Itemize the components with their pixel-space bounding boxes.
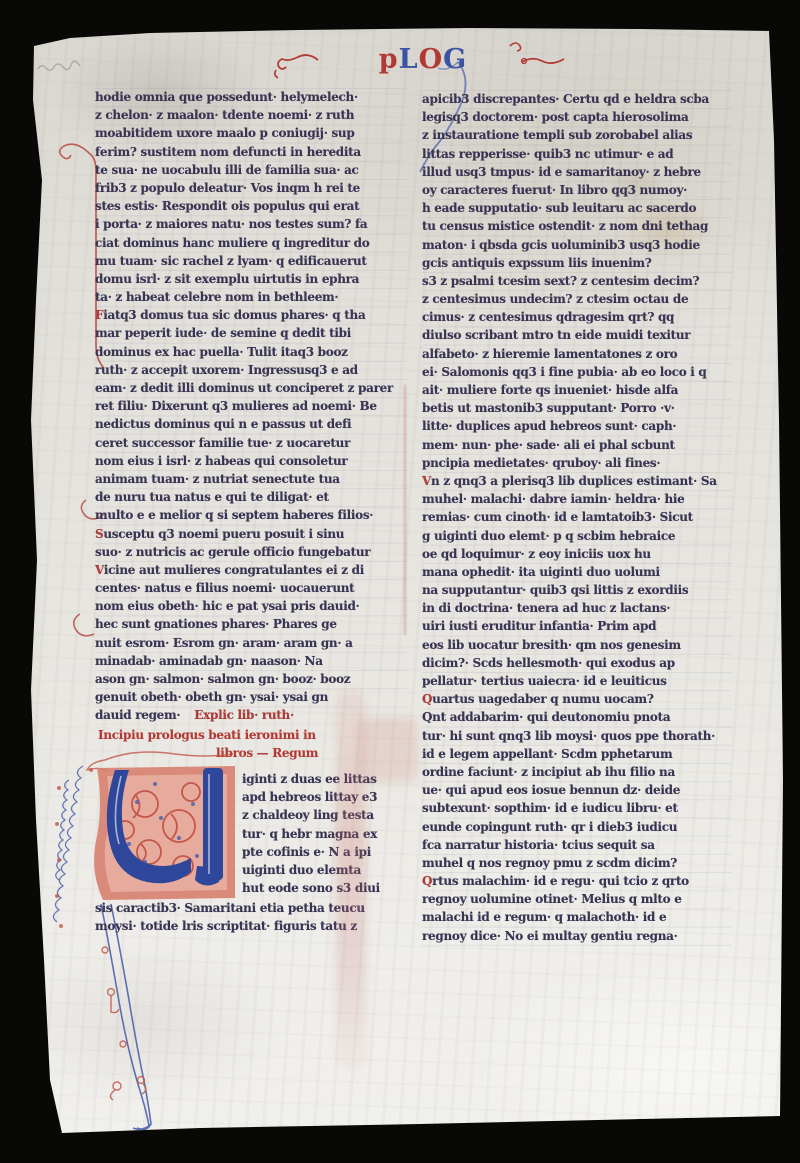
manuscript-line: Vicine aut mulieres congratulantes ei z …: [95, 561, 407, 579]
text-column-right: apicib3 discrepantes· Certu qd e heldra …: [422, 90, 732, 946]
manuscript-photo: { "meta": { "description": "Photograph o…: [0, 0, 800, 1163]
manuscript-line: hut eode sono s3 diui: [242, 879, 408, 897]
manuscript-line: i porta· z maiores natu· nos testes sum?…: [95, 215, 407, 233]
manuscript-line: uiginti duo elemta: [242, 861, 408, 879]
manuscript-line: ue· qui apud eos iosue bennun dz· deide: [422, 781, 732, 799]
manuscript-line: ait· muliere forte qs inueniet· hisde al…: [422, 381, 732, 399]
manuscript-line: eos lib uocatur bresith· qm nos genesim: [422, 636, 732, 654]
manuscript-line: tur· hi sunt qnq3 lib moysi· quos ppe th…: [422, 727, 732, 745]
manuscript-line: dominus ex hac puella· Tulit itaq3 booz: [95, 343, 407, 361]
manuscript-line: z chelon· z maalon· tdente noemi· z ruth: [95, 106, 407, 124]
manuscript-line: alfabeto· z hieremie lamentatones z oro: [422, 345, 732, 363]
verso-showthrough-rubric: [358, 718, 418, 782]
manuscript-line: hodie omnia que possedunt· helymelech·: [95, 88, 407, 106]
header-left-flourish-icon: [272, 46, 320, 82]
verso-bleed-line: [404, 385, 406, 635]
manuscript-line: ta· z habeat celebre nom in bethleem·: [95, 288, 407, 306]
manuscript-line: ciat dominus hanc muliere q ingreditur d…: [95, 234, 407, 252]
manuscript-line: ei· Salomonis qq3 i fine pubia· ab eo lo…: [422, 363, 732, 381]
manuscript-line: Fiatq3 domus tua sic domus phares· q tha: [95, 306, 407, 324]
manuscript-line: centes· natus e filius noemi· uocauerunt: [95, 579, 407, 597]
header-right-flourish-icon: [508, 40, 568, 74]
manuscript-line: mar peperit iude· de semine q dedit tibi: [95, 324, 407, 342]
manuscript-line: suo· z nutricis ac gerule officio fungeb…: [95, 543, 407, 561]
manuscript-line: littas repperisse· quib3 nc utimur· e ad: [422, 145, 732, 163]
text-beside-initial: iginti z duas ee littasapd hebreos litta…: [242, 770, 408, 897]
manuscript-line: stes estis· Respondit ois populus qui er…: [95, 197, 407, 215]
manuscript-line: illud usq3 tmpus· id e samaritanoy· z he…: [422, 163, 732, 181]
manuscript-line: pellatur· tertius uaiecra· id e leuiticu…: [422, 672, 732, 690]
text-column-left: hodie omnia que possedunt· helymelech·z …: [95, 88, 407, 725]
manuscript-line: subtexunt· sopthim· id e iudicu libru· e…: [422, 799, 732, 817]
manuscript-line: muhel q nos regnoy pmu z scdm dicim?: [422, 854, 732, 872]
manuscript-line: pte cofinis e· N a ipi: [242, 843, 408, 861]
manuscript-line: malachi id e regum· q malachoth· id e: [422, 908, 732, 926]
manuscript-line: betis ut mastonib3 supputant· Porro ·v·: [422, 399, 732, 417]
manuscript-line: domu isrl· z sit exemplu uirtutis in eph…: [95, 270, 407, 288]
manuscript-line: ordine faciunt· z incipiut ab ihu filio …: [422, 763, 732, 781]
manuscript-line: multo e e melior q si septem haberes fil…: [95, 506, 407, 524]
manuscript-line: ruth· z accepit uxorem· Ingressusq3 e ad: [95, 361, 407, 379]
manuscript-line: z chaldeoy ling testa: [242, 806, 408, 824]
manuscript-line: oe qd loquimur· z eoy iniciis uox hu: [422, 545, 732, 563]
manuscript-line: apd hebreos littay e3: [242, 788, 408, 806]
manuscript-line: dicim?· Scds hellesmoth· qui exodus ap: [422, 654, 732, 672]
manuscript-line: ret filiu· Dixerunt q3 mulieres ad noemi…: [95, 397, 407, 415]
manuscript-line: na supputantur· quib3 qsi littis z exord…: [422, 581, 732, 599]
manuscript-line: s3 z psalmi tcesim sext? z centesim deci…: [422, 272, 732, 290]
manuscript-line: animam tuam· z nutriat senectute tua: [95, 470, 407, 488]
manuscript-line: apicib3 discrepantes· Certu qd e heldra …: [422, 90, 732, 108]
manuscript-line: diulso scribant mtro tn eide muidi texit…: [422, 326, 732, 344]
manuscript-line: pncipia medietates· qruboy· ali fines·: [422, 454, 732, 472]
manuscript-line: in di doctrina· tenera ad huc z lactans·: [422, 599, 732, 617]
manuscript-line: tur· q hebr magna ex: [242, 825, 408, 843]
manuscript-line: eunde copingunt ruth· qr i dieb3 iudicu: [422, 818, 732, 836]
manuscript-line: maton· i qbsda gcis uoluminib3 usq3 hodi…: [422, 236, 732, 254]
manuscript-line: Susceptu q3 noemi pueru posuit i sinu: [95, 525, 407, 543]
manuscript-line: litte· duplices apud hebreos sunt· caph·: [422, 417, 732, 435]
manuscript-line: id e legem appellant· Scdm pphetarum: [422, 745, 732, 763]
manuscript-line: ferim? sustitem nom defuncti in heredita: [95, 143, 407, 161]
manuscript-line: g uiginti duo elemt· p q scbim hebraice: [422, 527, 732, 545]
manuscript-line: z instauratione templi sub zorobabel ali…: [422, 126, 732, 144]
manuscript-line: nuit esrom· Esrom gn· aram· aram gn· a: [95, 634, 407, 652]
manuscript-line: nom eius obeth· hic e pat ysai pris daui…: [95, 597, 407, 615]
manuscript-line: mu tuam· sic rachel z lyam· q edificauer…: [95, 252, 407, 270]
manuscript-line: mem· nun· phe· sade· ali ei phal scbunt: [422, 436, 732, 454]
manuscript-line: cimus· z centesimus qdragesim qrt? qq: [422, 308, 732, 326]
manuscript-line: te sua· ne uocabulu illi de familia sua·…: [95, 161, 407, 179]
manuscript-line: Vn z qnq3 a plerisq3 lib duplices estima…: [422, 472, 732, 490]
manuscript-line: ceret successor familie tue· z uocaretur: [95, 434, 407, 452]
manuscript-line: regnoy uolumine otinet· Melius q mlto e: [422, 890, 732, 908]
manuscript-line: h eade supputatio· sub leuitaru ac sacer…: [422, 199, 732, 217]
manuscript-line: muhel· malachi· dabre iamin· heldra· hie: [422, 490, 732, 508]
manuscript-line: remias· cum cinoth· id e lamtatoib3· Sic…: [422, 508, 732, 526]
manuscript-line: eam· z dedit illi dominus ut conciperet …: [95, 379, 407, 397]
manuscript-line: frib3 z populo deleatur· Vos inqm h rei …: [95, 179, 407, 197]
manuscript-line: uiri iusti eruditur infantia· Prim apd: [422, 617, 732, 635]
manuscript-line: fca narratur historia· tcius sequit sa: [422, 836, 732, 854]
manuscript-line: regnoy dice· No ei multay gentiu regna·: [422, 927, 732, 945]
manuscript-line: hec sunt gnationes phares· Phares ge: [95, 615, 407, 633]
manuscript-line: minadab· aminadab gn· naason· Na: [95, 652, 407, 670]
manuscript-line: Qnt addabarim· qui deutonomiu pnota: [422, 708, 732, 726]
manuscript-line: Quartus uagedaber q numu uocam?: [422, 690, 732, 708]
manuscript-line: ason gn· salmon· salmon gn· booz· booz: [95, 670, 407, 688]
manuscript-line: Qrtus malachim· id e regu· qui tcio z qr…: [422, 872, 732, 890]
manuscript-line: nom eius i isrl· z habeas qui consoletur: [95, 452, 407, 470]
edge-scribble: [36, 58, 82, 76]
manuscript-line: de nuru tua natus e qui te diligat· et: [95, 488, 407, 506]
manuscript-line: mana ophedit· ita uiginti duo uolumi: [422, 563, 732, 581]
manuscript-line: legisq3 doctorem· post capta hierosolima: [422, 108, 732, 126]
manuscript-line: gcis antiquis expssum liis inuenim?: [422, 254, 732, 272]
header-letter: p: [379, 44, 399, 75]
manuscript-line: moabitidem uxore maalo p coniugij· sup: [95, 124, 407, 142]
illuminated-initial-V: [45, 740, 245, 1140]
manuscript-line: tu census mistice ostendit· z nom dni te…: [422, 217, 732, 235]
manuscript-line: z centesimus undecim? z ctesim octau de: [422, 290, 732, 308]
manuscript-line: nedictus dominus qui n e passus ut defi: [95, 415, 407, 433]
manuscript-line: oy caracteres fuerut· In libro qq3 numoy…: [422, 181, 732, 199]
